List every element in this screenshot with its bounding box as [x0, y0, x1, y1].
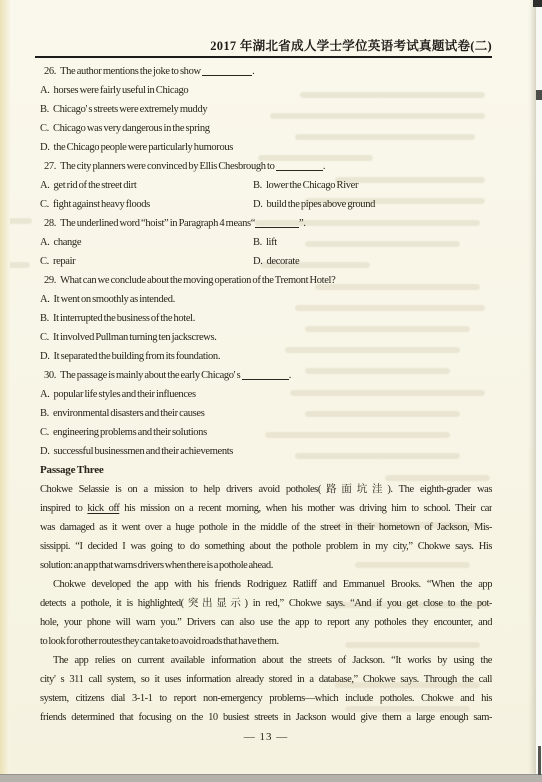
option-row: A.get rid of the street dirtB.lower the … [40, 176, 492, 195]
option-label: D. [40, 351, 50, 362]
option-text: Chicago' s streets were extremely muddy [53, 104, 207, 115]
passage-line: Chokwe Selassie is on a mission to help … [40, 480, 492, 499]
option-cell: B.lift [253, 233, 492, 252]
question-number: 30. [44, 370, 56, 381]
text-segment: The app relies on current available info… [53, 655, 492, 666]
option-label: B. [40, 313, 49, 324]
option-text: environmental disasters and their causes [53, 408, 205, 419]
question-number: 27. [44, 161, 56, 172]
option-label: C. [40, 123, 49, 134]
blank-line [242, 368, 289, 380]
question-number: 28. [44, 218, 56, 229]
option-text: lift [266, 237, 277, 248]
question-stem: 30.The passage is mainly about the early… [40, 366, 492, 385]
text-segment: was damaged as it went over a huge potho… [40, 522, 492, 533]
passage-line: friends determined that focusing on the … [40, 708, 492, 727]
option-label: D. [40, 142, 50, 153]
option-text: fight against heavy floods [53, 199, 150, 210]
option-cell: A.get rid of the street dirt [40, 176, 253, 195]
question-stem: 29.What can we conclude about the moving… [40, 271, 492, 290]
blank-line [202, 64, 252, 76]
text-segment: Chokwe developed the app with his friend… [53, 579, 492, 590]
option-label: C. [40, 256, 49, 267]
questions-block: 26.The author mentions the joke to show … [40, 62, 492, 461]
question-stem: 28.The underlined word “hoist” in Paragr… [40, 214, 492, 233]
passage-line: was damaged as it went over a huge potho… [40, 518, 492, 537]
option-text: It went on smoothly as intended. [54, 294, 175, 305]
scan-right-edge [535, 0, 542, 775]
option-row: B.environmental disasters and their caus… [40, 404, 492, 423]
passage-line: system, citizens dial 3-1-1 to report no… [40, 689, 492, 708]
page-left-edge [0, 0, 10, 775]
blank-line [255, 216, 299, 228]
option-row: D.the Chicago people were particularly h… [40, 138, 492, 157]
option-row: C.engineering problems and their solutio… [40, 423, 492, 442]
text-segment: ”. [299, 218, 306, 229]
text-segment: . [289, 370, 291, 381]
text-segment: Chokwe Selassie is on a mission to help … [40, 484, 492, 495]
option-row: C.fight against heavy floodsD.build the … [40, 195, 492, 214]
option-row: A.changeB.lift [40, 233, 492, 252]
option-text: get rid of the street dirt [54, 180, 137, 191]
option-cell: A.change [40, 233, 253, 252]
text-segment: to look for other routes they can take t… [40, 636, 279, 647]
underlined-word: kick off [87, 503, 119, 514]
scan-artifact-right [536, 90, 542, 100]
passage-line: Chokwe developed the app with his friend… [40, 575, 492, 594]
option-cell: D.build the pipes above ground [253, 195, 492, 214]
text-segment: detects a pothole, it is highlighted(突出显… [40, 598, 492, 609]
text-segment: hole, your phone will warn you.” Drivers… [40, 617, 492, 628]
option-label: C. [40, 427, 49, 438]
text-segment: The passage is mainly about the early Ch… [60, 370, 242, 381]
scan-bottom-edge [0, 774, 542, 782]
option-text: build the pipes above ground [267, 199, 376, 210]
text-segment: The underlined word “hoist” in Paragraph… [60, 218, 255, 229]
question-number: 29. [44, 275, 56, 286]
text-segment: What can we conclude about the moving op… [60, 275, 335, 286]
option-row: C.Chicago was very dangerous in the spri… [40, 119, 492, 138]
option-row: A.popular life styles and their influenc… [40, 385, 492, 404]
scan-artifact-top-right [533, 0, 542, 7]
option-row: A.horses were fairly useful in Chicago [40, 81, 492, 100]
option-row: B.It interrupted the business of the hot… [40, 309, 492, 328]
passage-line: inspired to kick off his mission on a re… [40, 499, 492, 518]
option-label: A. [40, 180, 50, 191]
option-label: A. [40, 85, 50, 96]
option-label: A. [40, 294, 50, 305]
option-label: A. [40, 237, 50, 248]
passage-line: detects a pothole, it is highlighted(突出显… [40, 594, 492, 613]
text-segment: solution: an app that warns drivers when… [40, 560, 273, 571]
text-segment: friends determined that focusing on the … [40, 712, 492, 723]
passage-line: sissippi. “I decided I was going to do s… [40, 537, 492, 556]
passage-line: solution: an app that warns drivers when… [40, 556, 492, 575]
option-row: C.repairD.decorate [40, 252, 492, 271]
text-segment: The city planners were convinced by Elli… [60, 161, 276, 172]
option-text: the Chicago people were particularly hum… [54, 142, 233, 153]
text-segment: The author mentions the joke to show [60, 66, 202, 77]
text-segment: . [323, 161, 325, 172]
page-number: — 13 — [40, 728, 492, 747]
option-label: D. [253, 199, 263, 210]
option-label: C. [40, 332, 49, 343]
text-segment: his mission on a recent morning, when hi… [119, 503, 492, 514]
passage-line: The app relies on current available info… [40, 651, 492, 670]
option-text: lower the Chicago River [266, 180, 358, 191]
text-segment: city' s 311 call system, so it uses info… [40, 674, 492, 685]
option-label: D. [253, 256, 263, 267]
option-cell: C.fight against heavy floods [40, 195, 253, 214]
option-cell: C.repair [40, 252, 253, 271]
passage-heading: Passage Three [40, 461, 492, 480]
option-label: A. [40, 389, 50, 400]
scan-artifact-bottom-right [538, 746, 541, 775]
option-text: It interrupted the business of the hotel… [53, 313, 195, 324]
option-text: decorate [267, 256, 300, 267]
option-label: B. [253, 237, 262, 248]
option-label: B. [40, 104, 49, 115]
option-text: Chicago was very dangerous in the spring [53, 123, 210, 134]
blank-line [276, 159, 323, 171]
passage-line: to look for other routes they can take t… [40, 632, 492, 651]
question-number: 26. [44, 66, 56, 77]
option-label: B. [40, 408, 49, 419]
option-row: D.successful businessmen and their achie… [40, 442, 492, 461]
option-text: popular life styles and their influences [54, 389, 196, 400]
text-segment: system, citizens dial 3-1-1 to report no… [40, 693, 492, 704]
exam-title: 2017 年湖北省成人学士学位英语考试真题试卷(二) [35, 36, 492, 54]
option-text: It involved Pullman turning ten jackscre… [53, 332, 217, 343]
header-rule [35, 56, 492, 58]
passage-block: Chokwe Selassie is on a mission to help … [40, 480, 492, 727]
option-text: horses were fairly useful in Chicago [54, 85, 189, 96]
option-cell: B.lower the Chicago River [253, 176, 492, 195]
scanned-exam-page: 2017 年湖北省成人学士学位英语考试真题试卷(二) 26.The author… [0, 0, 542, 782]
text-segment: sissippi. “I decided I was going to do s… [40, 541, 492, 552]
question-stem: 26.The author mentions the joke to show … [40, 62, 492, 81]
passage-line: city' s 311 call system, so it uses info… [40, 670, 492, 689]
option-text: successful businessmen and their achieve… [54, 446, 234, 457]
option-row: B.Chicago' s streets were extremely mudd… [40, 100, 492, 119]
option-label: B. [253, 180, 262, 191]
option-row: D.It separated the building from its fou… [40, 347, 492, 366]
option-text: change [54, 237, 82, 248]
text-segment: . [252, 66, 254, 77]
option-cell: D.decorate [253, 252, 492, 271]
option-text: It separated the building from its found… [54, 351, 221, 362]
page-content: 26.The author mentions the joke to show … [40, 62, 492, 747]
passage-line: hole, your phone will warn you.” Drivers… [40, 613, 492, 632]
option-text: repair [53, 256, 75, 267]
option-row: A.It went on smoothly as intended. [40, 290, 492, 309]
option-label: C. [40, 199, 49, 210]
option-label: D. [40, 446, 50, 457]
question-stem: 27.The city planners were convinced by E… [40, 157, 492, 176]
option-text: engineering problems and their solutions [53, 427, 207, 438]
option-row: C.It involved Pullman turning ten jacksc… [40, 328, 492, 347]
text-segment: inspired to [40, 503, 87, 514]
